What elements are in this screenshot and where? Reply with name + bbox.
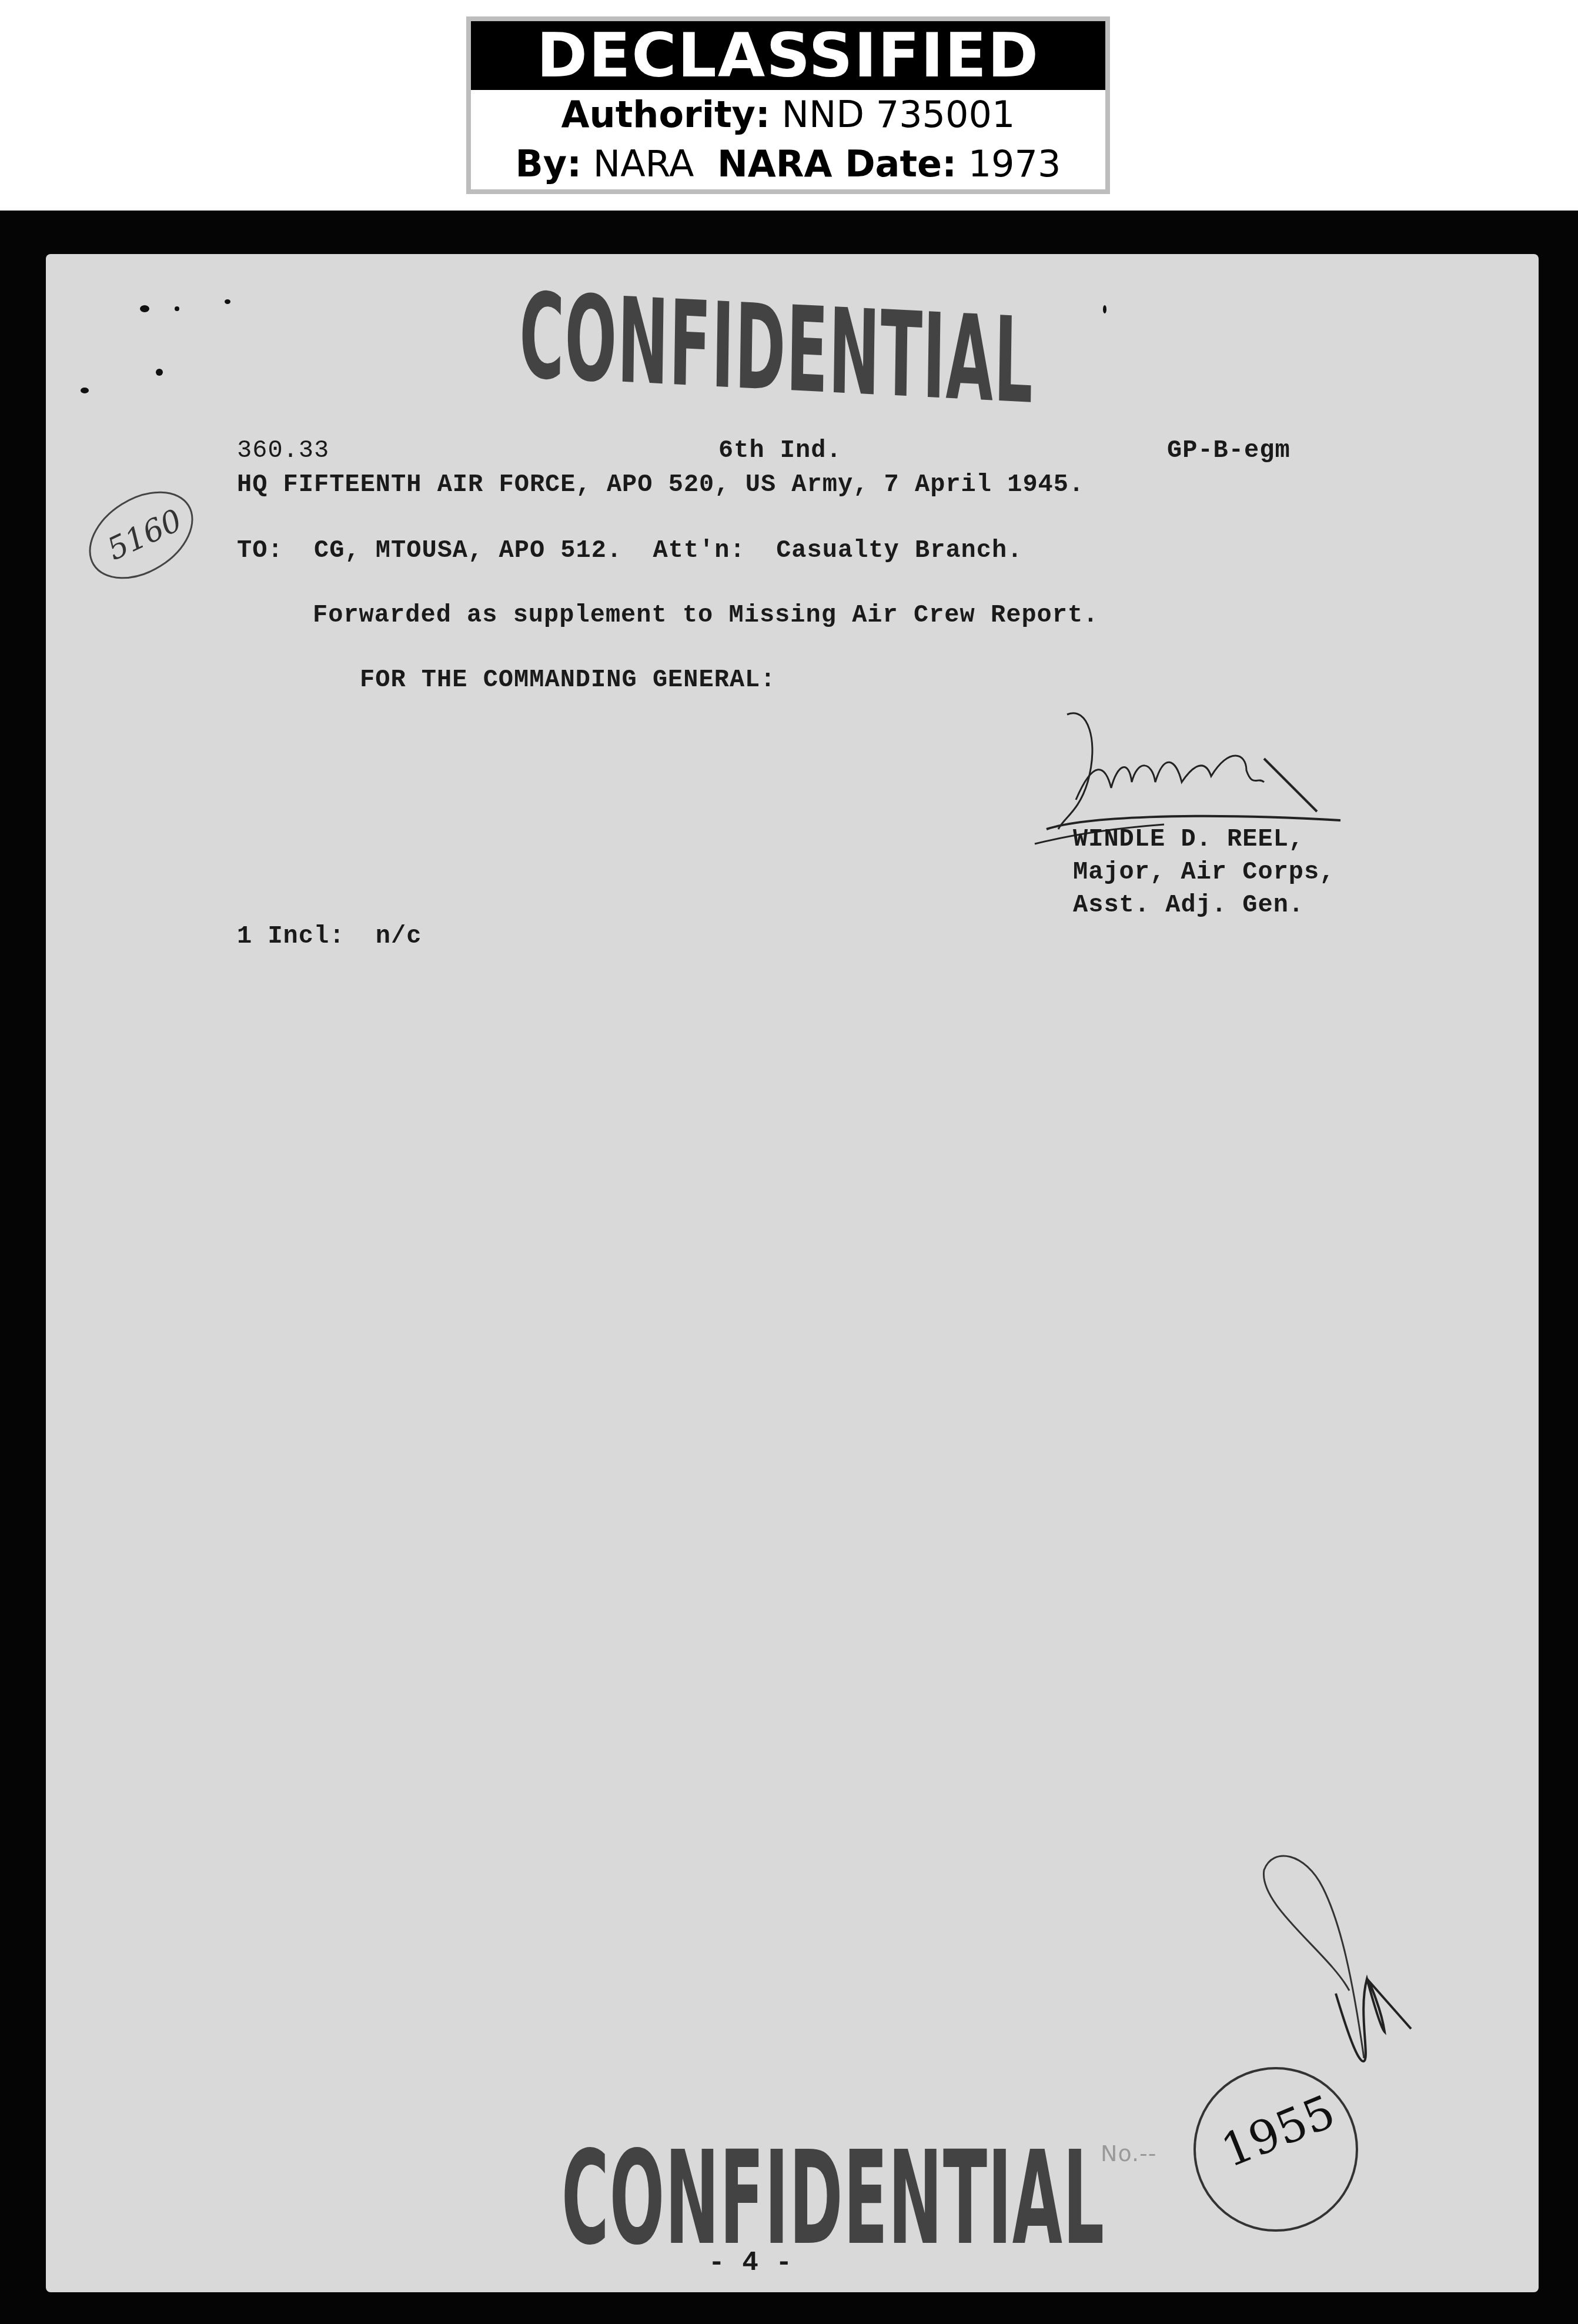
body-text: Forwarded as supplement to Missing Air C… (313, 601, 1098, 629)
closing-line: FOR THE COMMANDING GENERAL: (360, 666, 776, 694)
heading-line: HQ FIFTEENTH AIR FORCE, APO 520, US Army… (237, 470, 1084, 499)
handwritten-initials-icon (1223, 1835, 1435, 2082)
confidential-stamp-bottom: CONFIDENTIAL (561, 2123, 1105, 2273)
ink-speck (156, 369, 163, 376)
ink-speck (225, 299, 230, 304)
date-value: 1973 (968, 142, 1061, 185)
confidential-stamp-top: CONFIDENTIAL (519, 268, 1035, 430)
declassified-title: DECLASSIFIED (471, 21, 1105, 90)
ink-speck (175, 306, 179, 311)
signer-rank: Major, Air Corps, (1073, 858, 1335, 886)
signer-name: WINDLE D. REEL, (1073, 825, 1304, 853)
enclosure-line: 1 Incl: n/c (237, 922, 422, 950)
by-label: By: (516, 142, 581, 185)
signer-title: Asst. Adj. Gen. (1073, 891, 1304, 919)
authority-value: NND 735001 (782, 93, 1015, 136)
ink-speck (140, 305, 149, 312)
page-number: - 4 - (708, 2248, 793, 2278)
by-value: NARA (593, 142, 694, 185)
date-label: NARA Date: (717, 142, 957, 185)
to-line: TO: CG, MTOUSA, APO 512. Att'n: Casualty… (237, 536, 1022, 565)
declassified-stamp: DECLASSIFIED Authority: NND 735001 By: N… (466, 16, 1110, 194)
authority-line: Authority: NND 735001 (471, 90, 1105, 139)
file-number: 360.33 (237, 436, 329, 465)
by-date-line: By: NARA NARA Date: 1973 (471, 139, 1105, 189)
number-stamp-label: No.-- (1101, 2141, 1157, 2166)
authority-label: Authority: (561, 93, 770, 136)
ink-speck (1103, 305, 1106, 313)
ink-speck (81, 388, 89, 393)
indorsement: 6th Ind. (718, 436, 842, 465)
reference-code: GP-B-egm (1167, 436, 1291, 465)
